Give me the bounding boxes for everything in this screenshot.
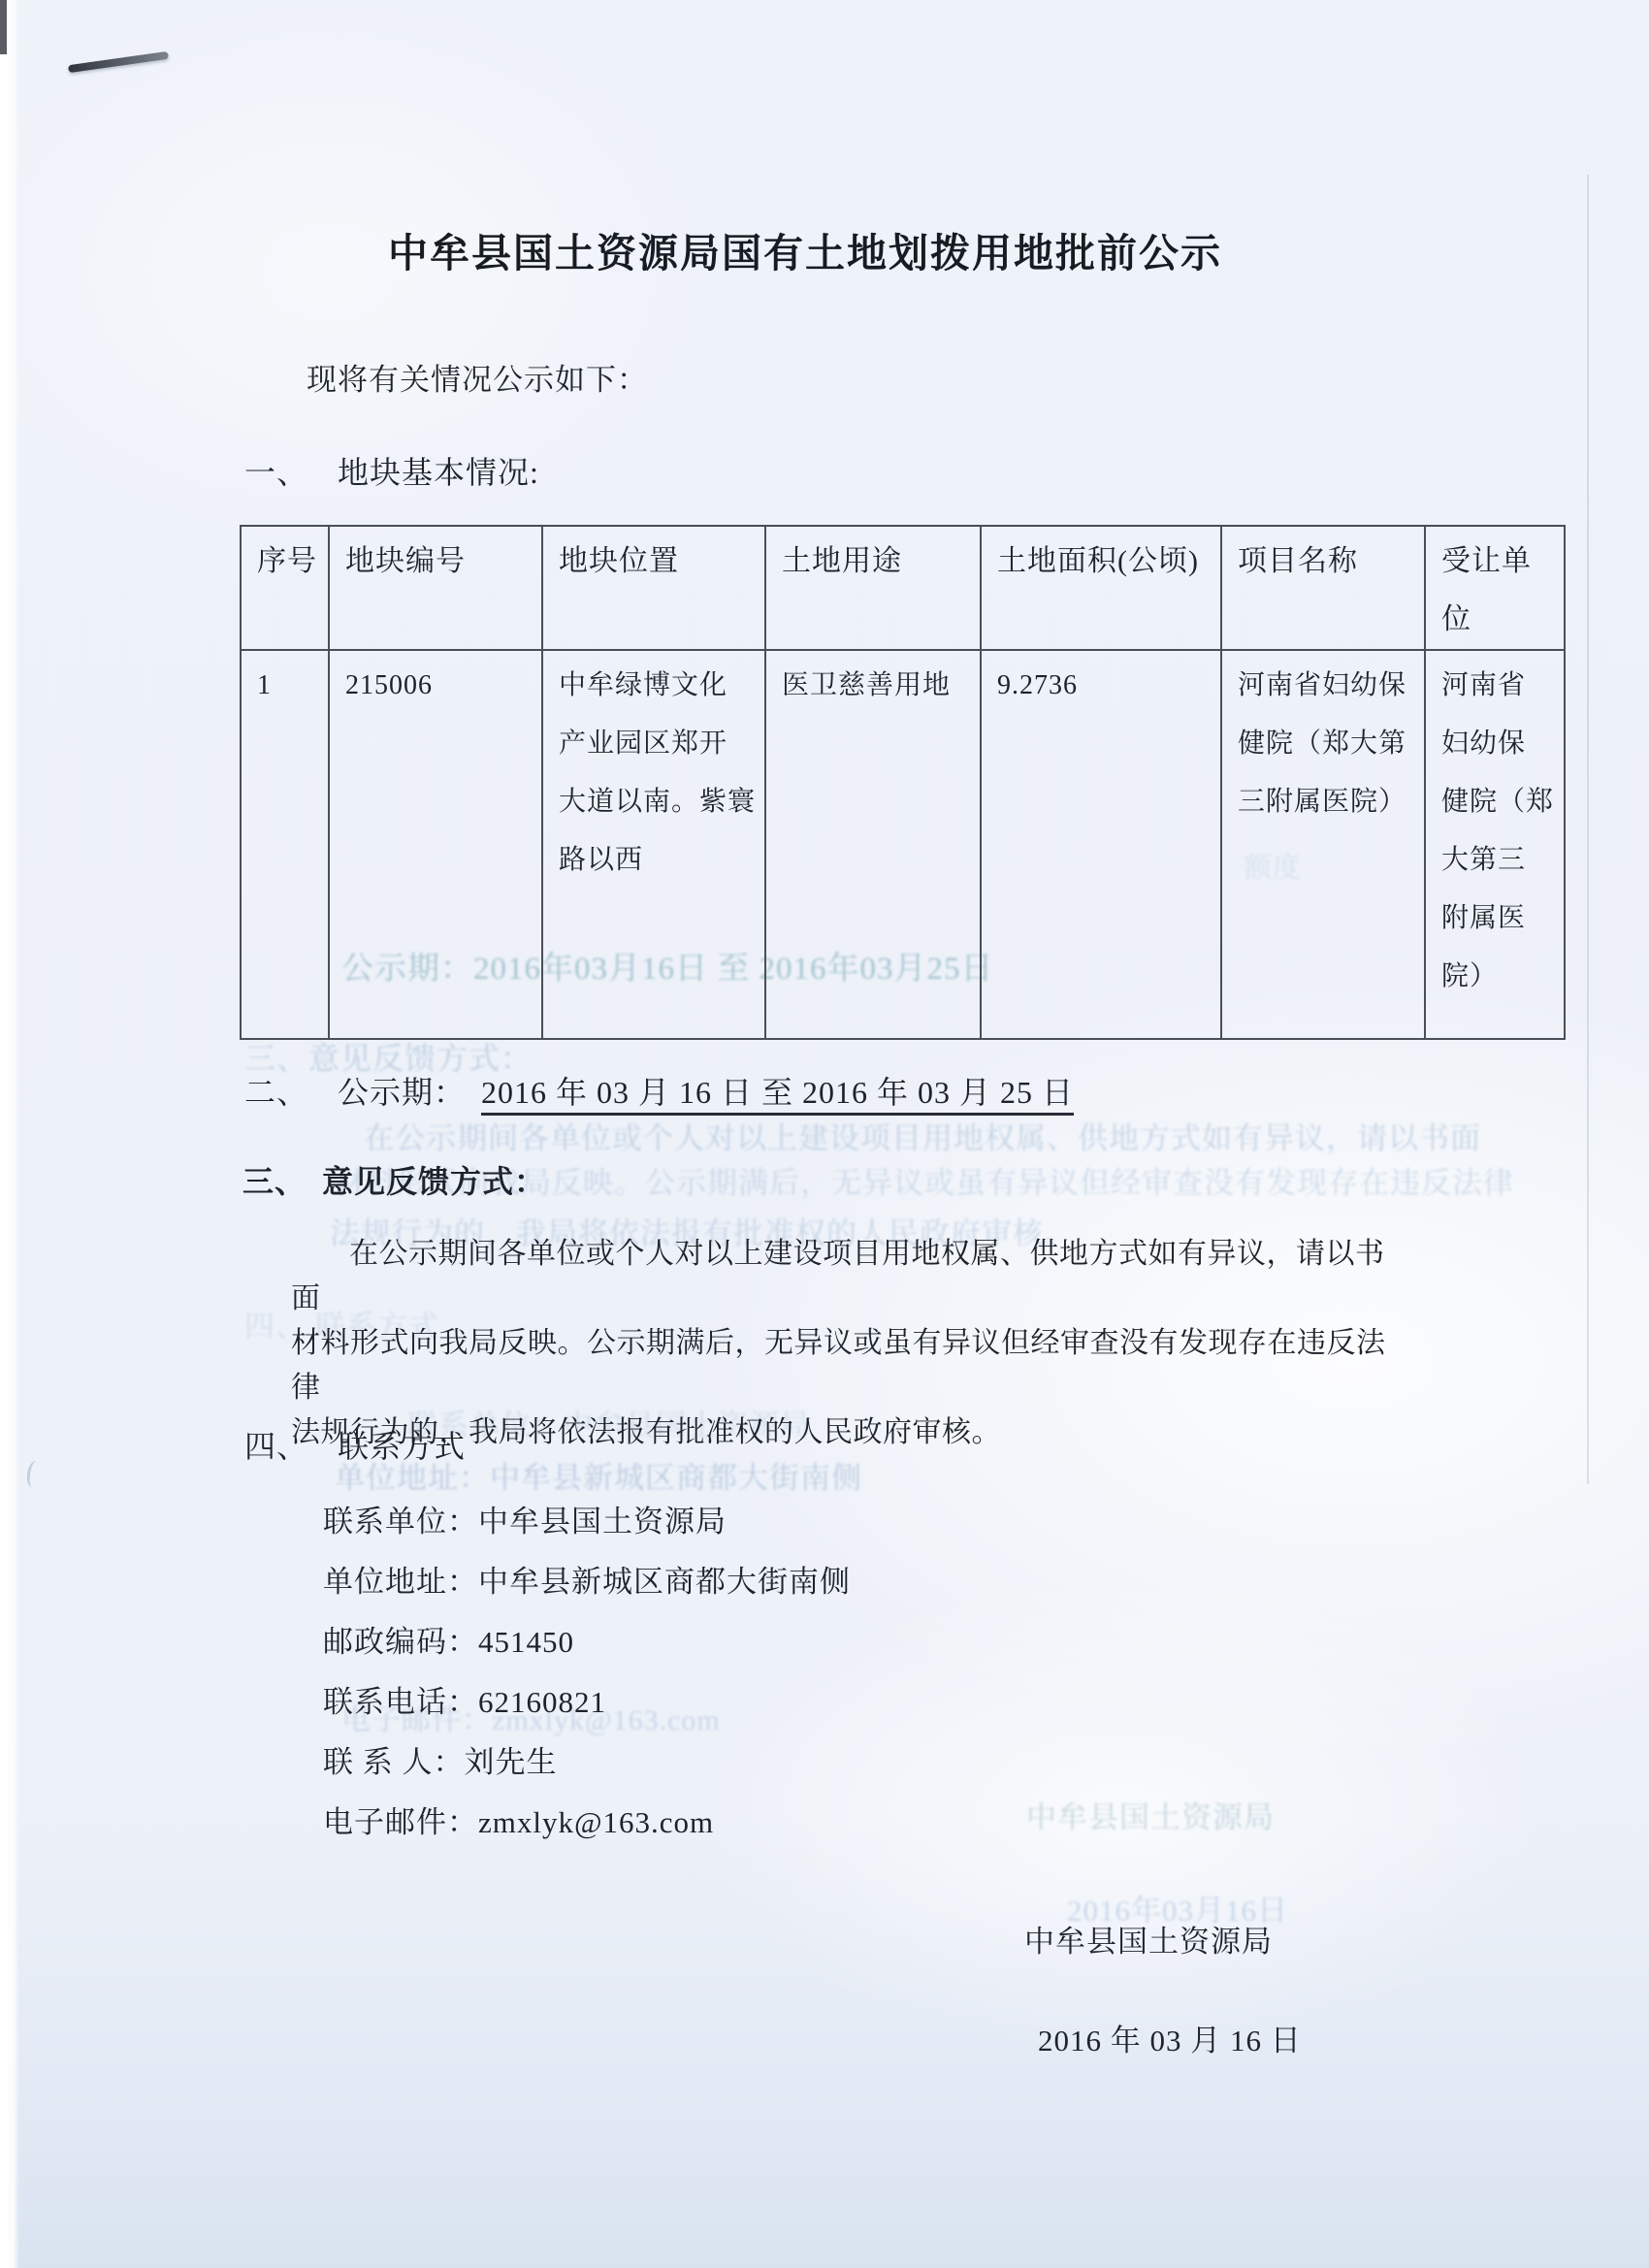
contact-person-label: 联 系 人： [323,1745,465,1779]
contact-block: 联系单位：中牟县国土资源局 单位地址：中牟县新城区商都大街南侧 邮政编码：451… [323,1506,851,1866]
scanned-document: 公示期：2016年03月16日 至 2016年03月25日 三、意见反馈方式： … [0,0,1649,2268]
contact-row-phone: 联系电话：62160821 [323,1686,851,1746]
header-parcel-no: 地块编号 [329,526,542,650]
cell-location: 中牟绿博文化 产业园区郑开 大道以南。紫寰 路以西 [542,650,765,1039]
signature-date: 2016 年 03 月 16 日 [1038,2016,1302,2059]
contact-postcode-value: 451450 [478,1625,574,1659]
contact-person-value: 刘先生 [465,1745,558,1779]
document-title: 中牟县国土资源局国有土地划拨用地批前公示 [0,221,1630,278]
contact-postcode-label: 邮政编码： [323,1625,478,1659]
staple-mark [68,51,169,73]
contact-unit-value: 中牟县国土资源局 [478,1505,727,1539]
section3-heading: 三、意见反馈方式： [242,1157,546,1202]
contact-row-address: 单位地址：中牟县新城区商都大街南侧 [323,1566,851,1626]
ghost-signature-line: 中牟县国土资源局 [1026,1793,1275,1836]
contact-row-email: 电子邮件：zmxlyk@163.com [323,1806,851,1866]
contact-row-unit: 联系单位：中牟县国土资源局 [323,1506,851,1566]
contact-email-value: zmxlyk@163.com [478,1805,714,1839]
intro-line: 现将有关情况公示如下： [307,355,648,399]
section1-title: 地块基本情况: [338,455,539,490]
section4-number: 四、 [244,1422,308,1467]
section1-number: 一、 [244,448,308,493]
cell-area: 9.2736 [981,650,1221,1039]
section3-number: 三、 [242,1157,307,1202]
table-header-row: 序号 地块编号 地块位置 土地用途 土地面积(公顷) 项目名称 受让单 位 [241,526,1565,650]
table-row: 1 215006 中牟绿博文化 产业园区郑开 大道以南。紫寰 路以西 医卫慈善用… [241,650,1565,1039]
cell-seq: 1 [241,650,329,1039]
publicity-period-dates: 2016 年 03 月 16 日 至 2016 年 03 月 25 日 [481,1075,1074,1116]
contact-row-postcode: 邮政编码：451450 [323,1626,851,1686]
cell-project-name: 河南省妇幼保 健院（郑大第 三附属医院） [1221,650,1425,1039]
section4-title: 联系方式 [338,1429,466,1464]
contact-address-label: 单位地址： [323,1565,478,1599]
stray-pen-mark [25,1460,44,1489]
header-area: 土地面积(公顷) [981,526,1221,650]
signature-line: 中牟县国土资源局 [1024,1917,1273,1960]
section2-number: 二、 [244,1068,308,1113]
scanner-edge [0,0,19,2268]
header-location: 地块位置 [542,526,765,650]
section2-line: 二、公示期：2016 年 03 月 16 日 至 2016 年 03 月 25 … [244,1068,1074,1113]
cell-parcel-no: 215006 [329,650,542,1039]
cell-land-use: 医卫慈善用地 [765,650,981,1039]
page-fold-line [1587,175,1589,1484]
cell-transferee: 河南省 妇幼保 健院（郑 大第三 附属医 院） [1425,650,1565,1039]
section2-label: 公示期： [338,1075,466,1110]
contact-phone-label: 联系电话： [323,1685,478,1719]
contact-email-label: 电子邮件： [323,1805,478,1839]
section3-title: 意见反馈方式： [322,1164,546,1199]
contact-unit-label: 联系单位： [323,1505,478,1539]
ghost-paragraph-line1: 在公示期间各单位或个人对以上建设项目用地权属、供地方式如有异议，请以书面 [364,1114,1481,1157]
contact-phone-value: 62160821 [478,1685,606,1719]
section4-heading: 四、联系方式 [244,1422,466,1467]
header-seq: 序号 [241,526,329,650]
scan-corner-artifact [0,0,7,54]
land-parcel-table: 序号 地块编号 地块位置 土地用途 土地面积(公顷) 项目名称 受让单 位 1 … [240,525,1566,1040]
header-transferee: 受让单 位 [1425,526,1565,650]
header-land-use: 土地用途 [765,526,981,650]
contact-row-person: 联 系 人：刘先生 [323,1746,851,1806]
section1-heading: 一、地块基本情况: [244,448,539,493]
header-project-name: 项目名称 [1221,526,1425,650]
contact-address-value: 中牟县新城区商都大街南侧 [478,1565,851,1599]
